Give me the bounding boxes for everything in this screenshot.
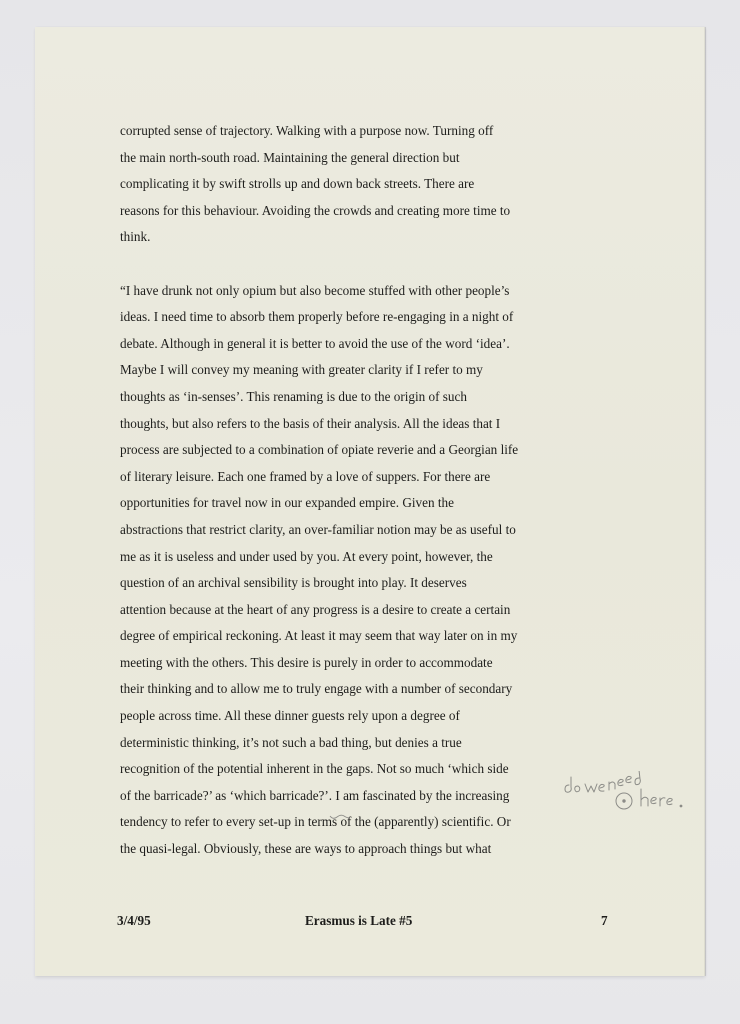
handwritten-margin-note bbox=[563, 771, 693, 831]
text-line: their thinking and to allow me to truly … bbox=[120, 676, 540, 703]
text-line: corrupted sense of trajectory. Walking w… bbox=[120, 118, 540, 145]
body-text: corrupted sense of trajectory. Walking w… bbox=[120, 118, 540, 863]
text-line: of literary leisure. Each one framed by … bbox=[120, 464, 540, 491]
text-line: deterministic thinking, it’s not such a … bbox=[120, 730, 540, 757]
paragraph-1: corrupted sense of trajectory. Walking w… bbox=[120, 118, 540, 251]
text-line: ideas. I need time to absorb them proper… bbox=[120, 304, 540, 331]
text-line: “I have drunk not only opium but also be… bbox=[120, 278, 540, 305]
footer-title: Erasmus is Late #5 bbox=[305, 913, 412, 929]
text-line: think. bbox=[120, 224, 540, 251]
paper-sheet: corrupted sense of trajectory. Walking w… bbox=[35, 27, 705, 976]
text-line: thoughts as ‘in-senses’. This renaming i… bbox=[120, 384, 540, 411]
pencil-squiggle-mark bbox=[329, 813, 351, 821]
text-line: reasons for this behaviour. Avoiding the… bbox=[120, 198, 540, 225]
text-line: question of an archival sensibility is b… bbox=[120, 570, 540, 597]
text-line: the quasi-legal. Obviously, these are wa… bbox=[120, 836, 540, 863]
text-line: complicating it by swift strolls up and … bbox=[120, 171, 540, 198]
text-line: attention because at the heart of any pr… bbox=[120, 597, 540, 624]
text-line: the main north-south road. Maintaining t… bbox=[120, 145, 540, 172]
text-line: people across time. All these dinner gue… bbox=[120, 703, 540, 730]
text-line: meeting with the others. This desire is … bbox=[120, 650, 540, 677]
paragraph-gap bbox=[120, 251, 540, 278]
text-line: abstractions that restrict clarity, an o… bbox=[120, 517, 540, 544]
text-line: opportunities for travel now in our expa… bbox=[120, 490, 540, 517]
text-line: degree of empirical reckoning. At least … bbox=[120, 623, 540, 650]
pencil-annotation-icon bbox=[563, 771, 693, 831]
text-line: recognition of the potential inherent in… bbox=[120, 756, 540, 783]
text-line: debate. Although in general it is better… bbox=[120, 331, 540, 358]
text-line: process are subjected to a combination o… bbox=[120, 437, 540, 464]
footer-date: 3/4/95 bbox=[117, 913, 151, 929]
text-line: thoughts, but also refers to the basis o… bbox=[120, 411, 540, 438]
text-line: of the barricade?’ as ‘which barricade?’… bbox=[120, 783, 540, 810]
text-line: Maybe I will convey my meaning with grea… bbox=[120, 357, 540, 384]
text-line: me as it is useless and under used by yo… bbox=[120, 544, 540, 571]
page-number: 7 bbox=[601, 913, 608, 929]
paragraph-2: “I have drunk not only opium but also be… bbox=[120, 278, 540, 863]
